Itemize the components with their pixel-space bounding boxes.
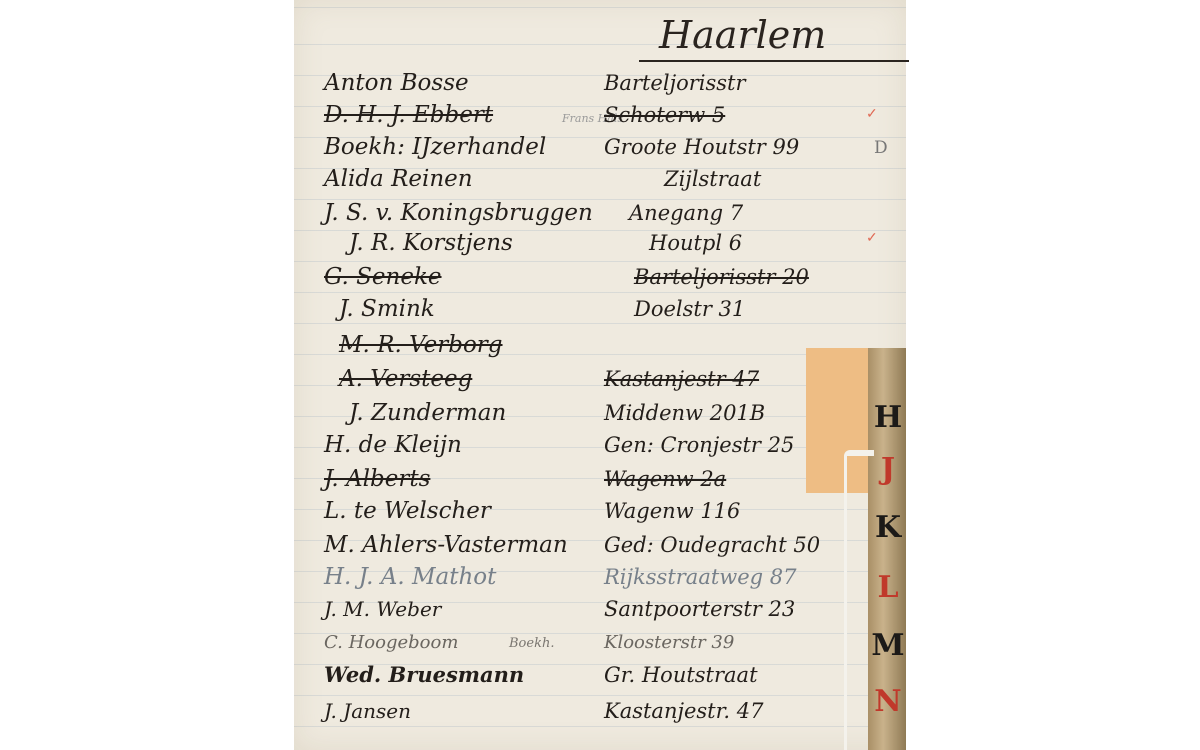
entry-address: Santpoorterstr 23 bbox=[604, 594, 795, 624]
entry-name: M. Ahlers-Vasterman bbox=[324, 530, 568, 560]
entry-address: Schoterw 5 bbox=[604, 100, 725, 130]
entry-name: C. Hoogeboom bbox=[324, 628, 458, 658]
entry-name: M. R. Verborg bbox=[339, 330, 503, 360]
entry-name: H. J. A. Mathot bbox=[324, 562, 496, 592]
entry-address: Barteljorisstr 20 bbox=[634, 262, 809, 292]
entry-row: Boekh: IJzerhandel Groote Houtstr 99 D bbox=[294, 132, 906, 162]
entry-name: Wed. Bruesmann bbox=[324, 660, 524, 690]
entry-name: L. te Welscher bbox=[324, 496, 491, 526]
entry-name: J. M. Weber bbox=[324, 594, 441, 624]
page-heading: Haarlem bbox=[639, 10, 909, 62]
entry-row: J. R. Korstjens Houtpl 6 ✓ bbox=[294, 228, 906, 258]
entry-name: A. Versteeg bbox=[339, 364, 472, 394]
entry-address: Doelstr 31 bbox=[634, 294, 745, 324]
entry-name: Boekh: IJzerhandel bbox=[324, 132, 546, 162]
entry-address: Wagenw 116 bbox=[604, 496, 740, 526]
index-tab-m[interactable]: M bbox=[870, 628, 906, 663]
entry-row: J. Smink Doelstr 31 bbox=[294, 294, 906, 324]
index-tabs: H J K L M N bbox=[806, 348, 906, 750]
index-tab-k[interactable]: K bbox=[870, 510, 906, 545]
entry-address: Kastanjestr 47 bbox=[604, 364, 759, 394]
index-tab-j[interactable]: J bbox=[870, 452, 906, 487]
check-mark-icon: ✓ bbox=[866, 106, 878, 122]
entry-name: J. Zunderman bbox=[349, 398, 506, 428]
index-tab-n[interactable]: N bbox=[870, 684, 906, 719]
entry-address: Anegang 7 bbox=[629, 198, 743, 228]
entry-address: Middenw 201B bbox=[604, 398, 765, 428]
entry-name: J. Smink bbox=[339, 294, 435, 324]
entry-name: Alida Reinen bbox=[324, 164, 473, 194]
entry-address: Kloosterstr 39 bbox=[604, 628, 734, 658]
entry-address: Kastanjestr. 47 bbox=[604, 696, 763, 726]
index-tab-h[interactable]: H bbox=[870, 400, 906, 435]
entry-row: Anton Bosse Barteljorisstr bbox=[294, 68, 906, 98]
entry-row: J. S. v. Koningsbruggen Anegang 7 bbox=[294, 198, 906, 228]
check-mark-icon: ✓ bbox=[866, 230, 878, 246]
entry-address: Ged: Oudegracht 50 bbox=[604, 530, 820, 560]
entry-address: Gr. Houtstraat bbox=[604, 660, 758, 690]
entry-row: G. Seneke Barteljorisstr 20 bbox=[294, 262, 906, 292]
entry-address: Barteljorisstr bbox=[604, 68, 746, 98]
entry-address: Houtpl 6 bbox=[649, 228, 742, 258]
entry-row: Alida Reinen Zijlstraat bbox=[294, 164, 906, 194]
entry-note: Boekh. bbox=[509, 636, 554, 651]
entry-name: J. Alberts bbox=[324, 464, 430, 494]
entry-address: Rijksstraatweg 87 bbox=[604, 562, 797, 592]
entry-name: J. R. Korstjens bbox=[349, 228, 513, 258]
entry-name: D. H. J. Ebbert bbox=[324, 100, 493, 130]
entry-address: Groote Houtstr 99 bbox=[604, 132, 799, 162]
entry-address: Wagenw 2a bbox=[604, 464, 726, 494]
entry-row: D. H. J. Ebbert Frans Hals Schoterw 5 ✓ bbox=[294, 100, 906, 130]
index-tab-l[interactable]: L bbox=[870, 570, 906, 605]
entry-name: H. de Kleijn bbox=[324, 430, 462, 460]
entry-mark: D bbox=[874, 138, 888, 158]
entry-name: J. S. v. Koningsbruggen bbox=[324, 198, 593, 228]
entry-name: J. Jansen bbox=[324, 696, 411, 726]
entry-address: Gen: Cronjestr 25 bbox=[604, 430, 794, 460]
entry-name: Anton Bosse bbox=[324, 68, 469, 98]
entry-name: G. Seneke bbox=[324, 262, 442, 292]
entry-address: Zijlstraat bbox=[664, 164, 761, 194]
